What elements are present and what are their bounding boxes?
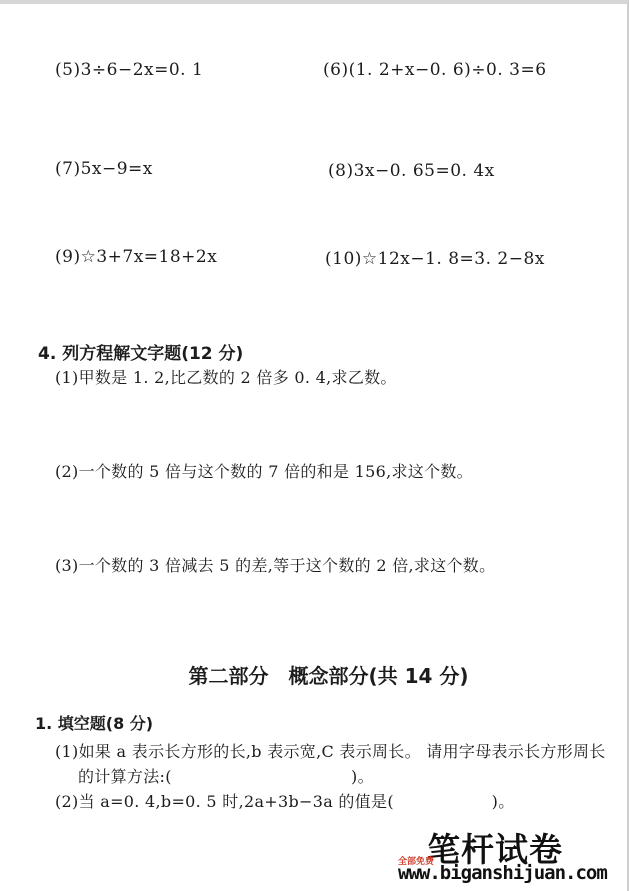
fill-in-question-2: (2)当 a=0. 4,b=0. 5 时,2a+3b−3a 的值是( )。 bbox=[55, 789, 515, 812]
section4-question-2: (2)一个数的 5 倍与这个数的 7 倍的和是 156,求这个数。 bbox=[55, 459, 473, 482]
fill-in-question-1-line-1: (1)如果 a 表示长方形的长,b 表示宽,C 表示周长。 请用字母表示长方形周… bbox=[55, 739, 606, 762]
equation-7: (7)5x−9=x bbox=[55, 159, 153, 179]
fill-in-question-1-line-2: 的计算方法:( )。 bbox=[78, 764, 374, 787]
section4-question-1: (1)甲数是 1. 2,比乙数的 2 倍多 0. 4,求乙数。 bbox=[55, 365, 397, 388]
section4-question-3: (3)一个数的 3 倍减去 5 的差,等于这个数的 2 倍,求这个数。 bbox=[55, 553, 495, 576]
equation-10: (10)☆12x−1. 8=3. 2−8x bbox=[325, 249, 545, 269]
equation-5: (5)3÷6−2x=0. 1 bbox=[55, 60, 203, 80]
equation-8: (8)3x−0. 65=0. 4x bbox=[328, 161, 495, 181]
publisher-watermark: 全部免费 笔杆试卷 www.biganshijuan.com bbox=[398, 833, 608, 883]
section4-heading: 4. 列方程解文字题(12 分) bbox=[38, 339, 243, 364]
equation-9: (9)☆3+7x=18+2x bbox=[55, 247, 217, 267]
equation-6: (6)(1. 2+x−0. 6)÷0. 3=6 bbox=[323, 60, 547, 80]
watermark-free-label: 全部免费 bbox=[398, 854, 434, 867]
fill-in-heading: 1. 填空题(8 分) bbox=[35, 711, 153, 734]
part2-heading: 第二部分 概念部分(共 14 分) bbox=[0, 660, 629, 689]
